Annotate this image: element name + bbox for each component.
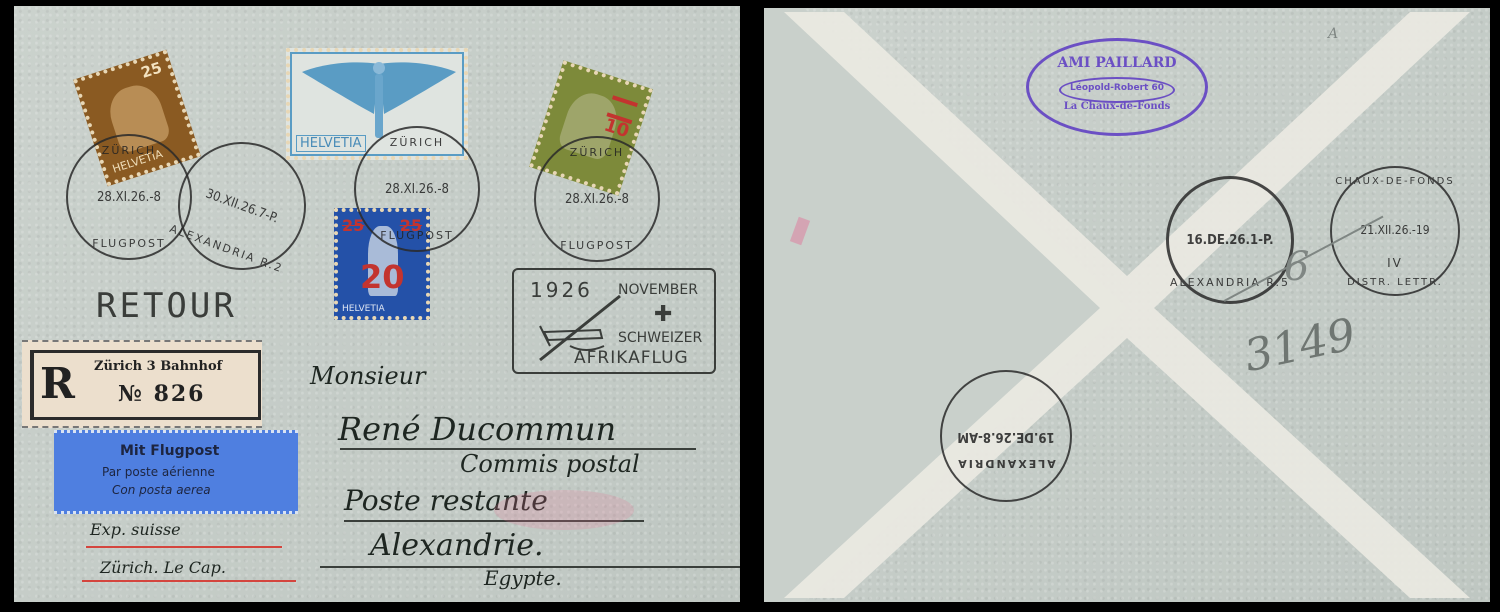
surcharge-value: 20 <box>360 258 405 296</box>
registration-number: № 826 <box>118 381 206 407</box>
registration-office: Zürich 3 Bahnhof <box>94 359 222 374</box>
afrikaflug-cachet: 1926 NOVEMBER ✚ SCHWEIZER AFRIKAFLUG <box>512 268 716 374</box>
address-name: René Ducommun <box>338 410 616 448</box>
cachet-line2: AFRIKAFLUG <box>574 348 689 368</box>
cover-back: AMI PAILLARD Léopold-Robert 60 La Chaux-… <box>764 8 1490 602</box>
note-underline-1 <box>86 546 282 548</box>
address-country: Egypte. <box>484 566 562 590</box>
swiss-cross-icon: ✚ <box>654 302 672 327</box>
airmail-label: Mit Flugpost Par poste aérienne Con post… <box>54 430 298 514</box>
stamp-country: HELVETIA <box>342 304 385 314</box>
pink-ink-smudge <box>494 490 634 530</box>
address-salutation: Monsieur <box>310 362 426 390</box>
cover-front: 25 HELVETIA HELVETIA 10 25 25 <box>14 6 740 602</box>
sender-name: AMI PAILLARD <box>1029 55 1205 71</box>
sender-street: Léopold-Robert 60 <box>1061 83 1173 93</box>
cachet-line1: SCHWEIZER <box>618 330 702 346</box>
retour-handstamp: RETOUR <box>96 286 237 326</box>
airmail-line2: Par poste aérienne <box>102 465 215 479</box>
address-title: Commis postal <box>460 450 640 478</box>
postmark-alexandria-r5: 16.DE.26.1-P. ALEXANDRIA R.5 <box>1166 176 1294 304</box>
airmail-line1: Mit Flugpost <box>120 443 219 459</box>
postmark-chaux-de-fonds: CHAUX-DE-FONDS 21.XII.26.-19 IV DISTR. L… <box>1330 166 1460 296</box>
postmark-zurich-flugpost-3: ZÜRICH 28.XI.26.-8 FLUGPOST <box>534 136 660 262</box>
address-city: Alexandrie. <box>370 528 544 563</box>
pencil-note-a: A <box>1328 26 1338 42</box>
postmark-alexandria-inverted: 19.DE.26.8-AM ALEXANDRIA <box>940 370 1072 502</box>
postmark-zurich-flugpost-1: ZÜRICH 28.XI.26.-8 FLUGPOST <box>66 134 192 260</box>
postmark-zurich-flugpost-2: ZÜRICH 28.XI.26.-8 FLUGPOST <box>354 126 480 252</box>
airmail-line3: Con posta aerea <box>112 483 211 497</box>
note-underline-2 <box>82 580 296 582</box>
sender-cachet: AMI PAILLARD Léopold-Robert 60 La Chaux-… <box>1026 38 1208 136</box>
registration-label: R Zürich 3 Bahnhof № 826 <box>22 340 262 428</box>
registration-letter: R <box>40 359 75 408</box>
note-line1: Exp. suisse <box>90 520 181 539</box>
note-line2: Zürich. Le Cap. <box>100 558 226 577</box>
stamp-value: 25 <box>139 58 164 82</box>
